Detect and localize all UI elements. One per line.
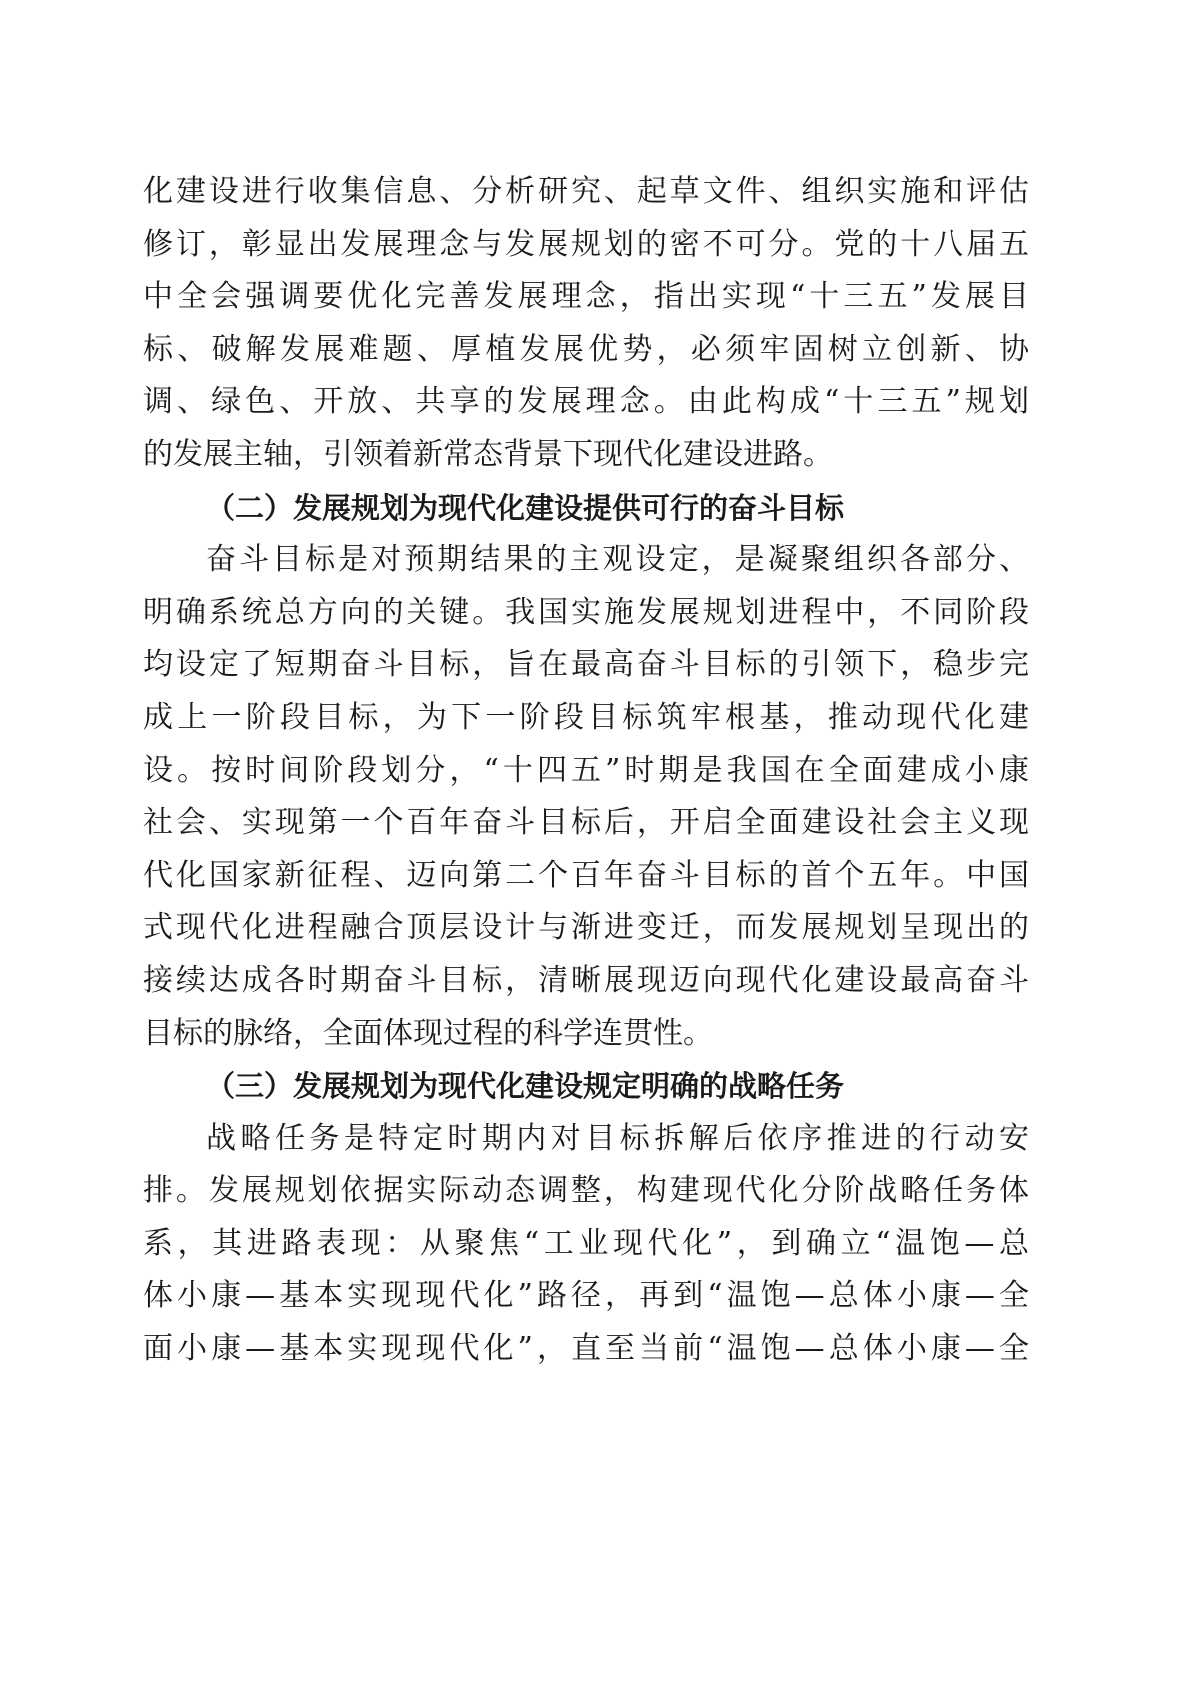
paragraph-goals: 奋斗目标是对预期结果的主观设定，是凝聚组织各部分、 明确系统总方向的关键。我国实… [143,534,1029,1060]
text-line: 的发展主轴，引领着新常态背景下现代化建设进路。 [143,429,1029,482]
text-line: 排。发展规划依据实际动态调整，构建现代化分阶战略任务体 [143,1165,1029,1218]
section-heading-3: （三）发展规划为现代化建设规定明确的战略任务 [143,1060,1029,1113]
document-page: 化建设进行收集信息、分析研究、起草文件、组织实施和评估 修订，彰显出发展理念与发… [143,166,1029,1376]
text-line: 目标的脉络，全面体现过程的科学连贯性。 [143,1008,1029,1061]
section-heading-2: （二）发展规划为现代化建设提供可行的奋斗目标 [143,482,1029,535]
text-line: 社会、实现第一个百年奋斗目标后，开启全面建设社会主义现 [143,797,1029,850]
text-line: 调、绿色、开放、共享的发展理念。由此构成“十三五”规划 [143,376,1029,429]
text-line: 设。按时间阶段划分，“十四五”时期是我国在全面建成小康 [143,745,1029,798]
text-line: 式现代化进程融合顶层设计与渐进变迁，而发展规划呈现出的 [143,902,1029,955]
paragraph-tasks: 战略任务是特定时期内对目标拆解后依序推进的行动安 排。发展规划依据实际动态调整，… [143,1113,1029,1376]
text-line: 均设定了短期奋斗目标，旨在最高奋斗目标的引领下，稳步完 [143,639,1029,692]
text-line: 成上一阶段目标，为下一阶段目标筑牢根基，推动现代化建 [143,692,1029,745]
text-line: 明确系统总方向的关键。我国实施发展规划进程中，不同阶段 [143,587,1029,640]
text-line: 化建设进行收集信息、分析研究、起草文件、组织实施和评估 [143,166,1029,219]
text-line: 接续达成各时期奋斗目标，清晰展现迈向现代化建设最高奋斗 [143,955,1029,1008]
text-line: 面小康—基本实现现代化”，直至当前“温饱—总体小康—全 [143,1323,1029,1376]
text-line: 修订，彰显出发展理念与发展规划的密不可分。党的十八届五 [143,219,1029,272]
text-line: 体小康—基本实现现代化”路径，再到“温饱—总体小康—全 [143,1270,1029,1323]
paragraph-continuation: 化建设进行收集信息、分析研究、起草文件、组织实施和评估 修订，彰显出发展理念与发… [143,166,1029,482]
text-line: 奋斗目标是对预期结果的主观设定，是凝聚组织各部分、 [143,534,1029,587]
text-line: 中全会强调要优化完善发展理念，指出实现“十三五”发展目 [143,271,1029,324]
text-line: 系，其进路表现：从聚焦“工业现代化”，到确立“温饱—总 [143,1218,1029,1271]
text-line: 代化国家新征程、迈向第二个百年奋斗目标的首个五年。中国 [143,850,1029,903]
text-line: 标、破解发展难题、厚植发展优势，必须牢固树立创新、协 [143,324,1029,377]
text-line: 战略任务是特定时期内对目标拆解后依序推进的行动安 [143,1113,1029,1166]
